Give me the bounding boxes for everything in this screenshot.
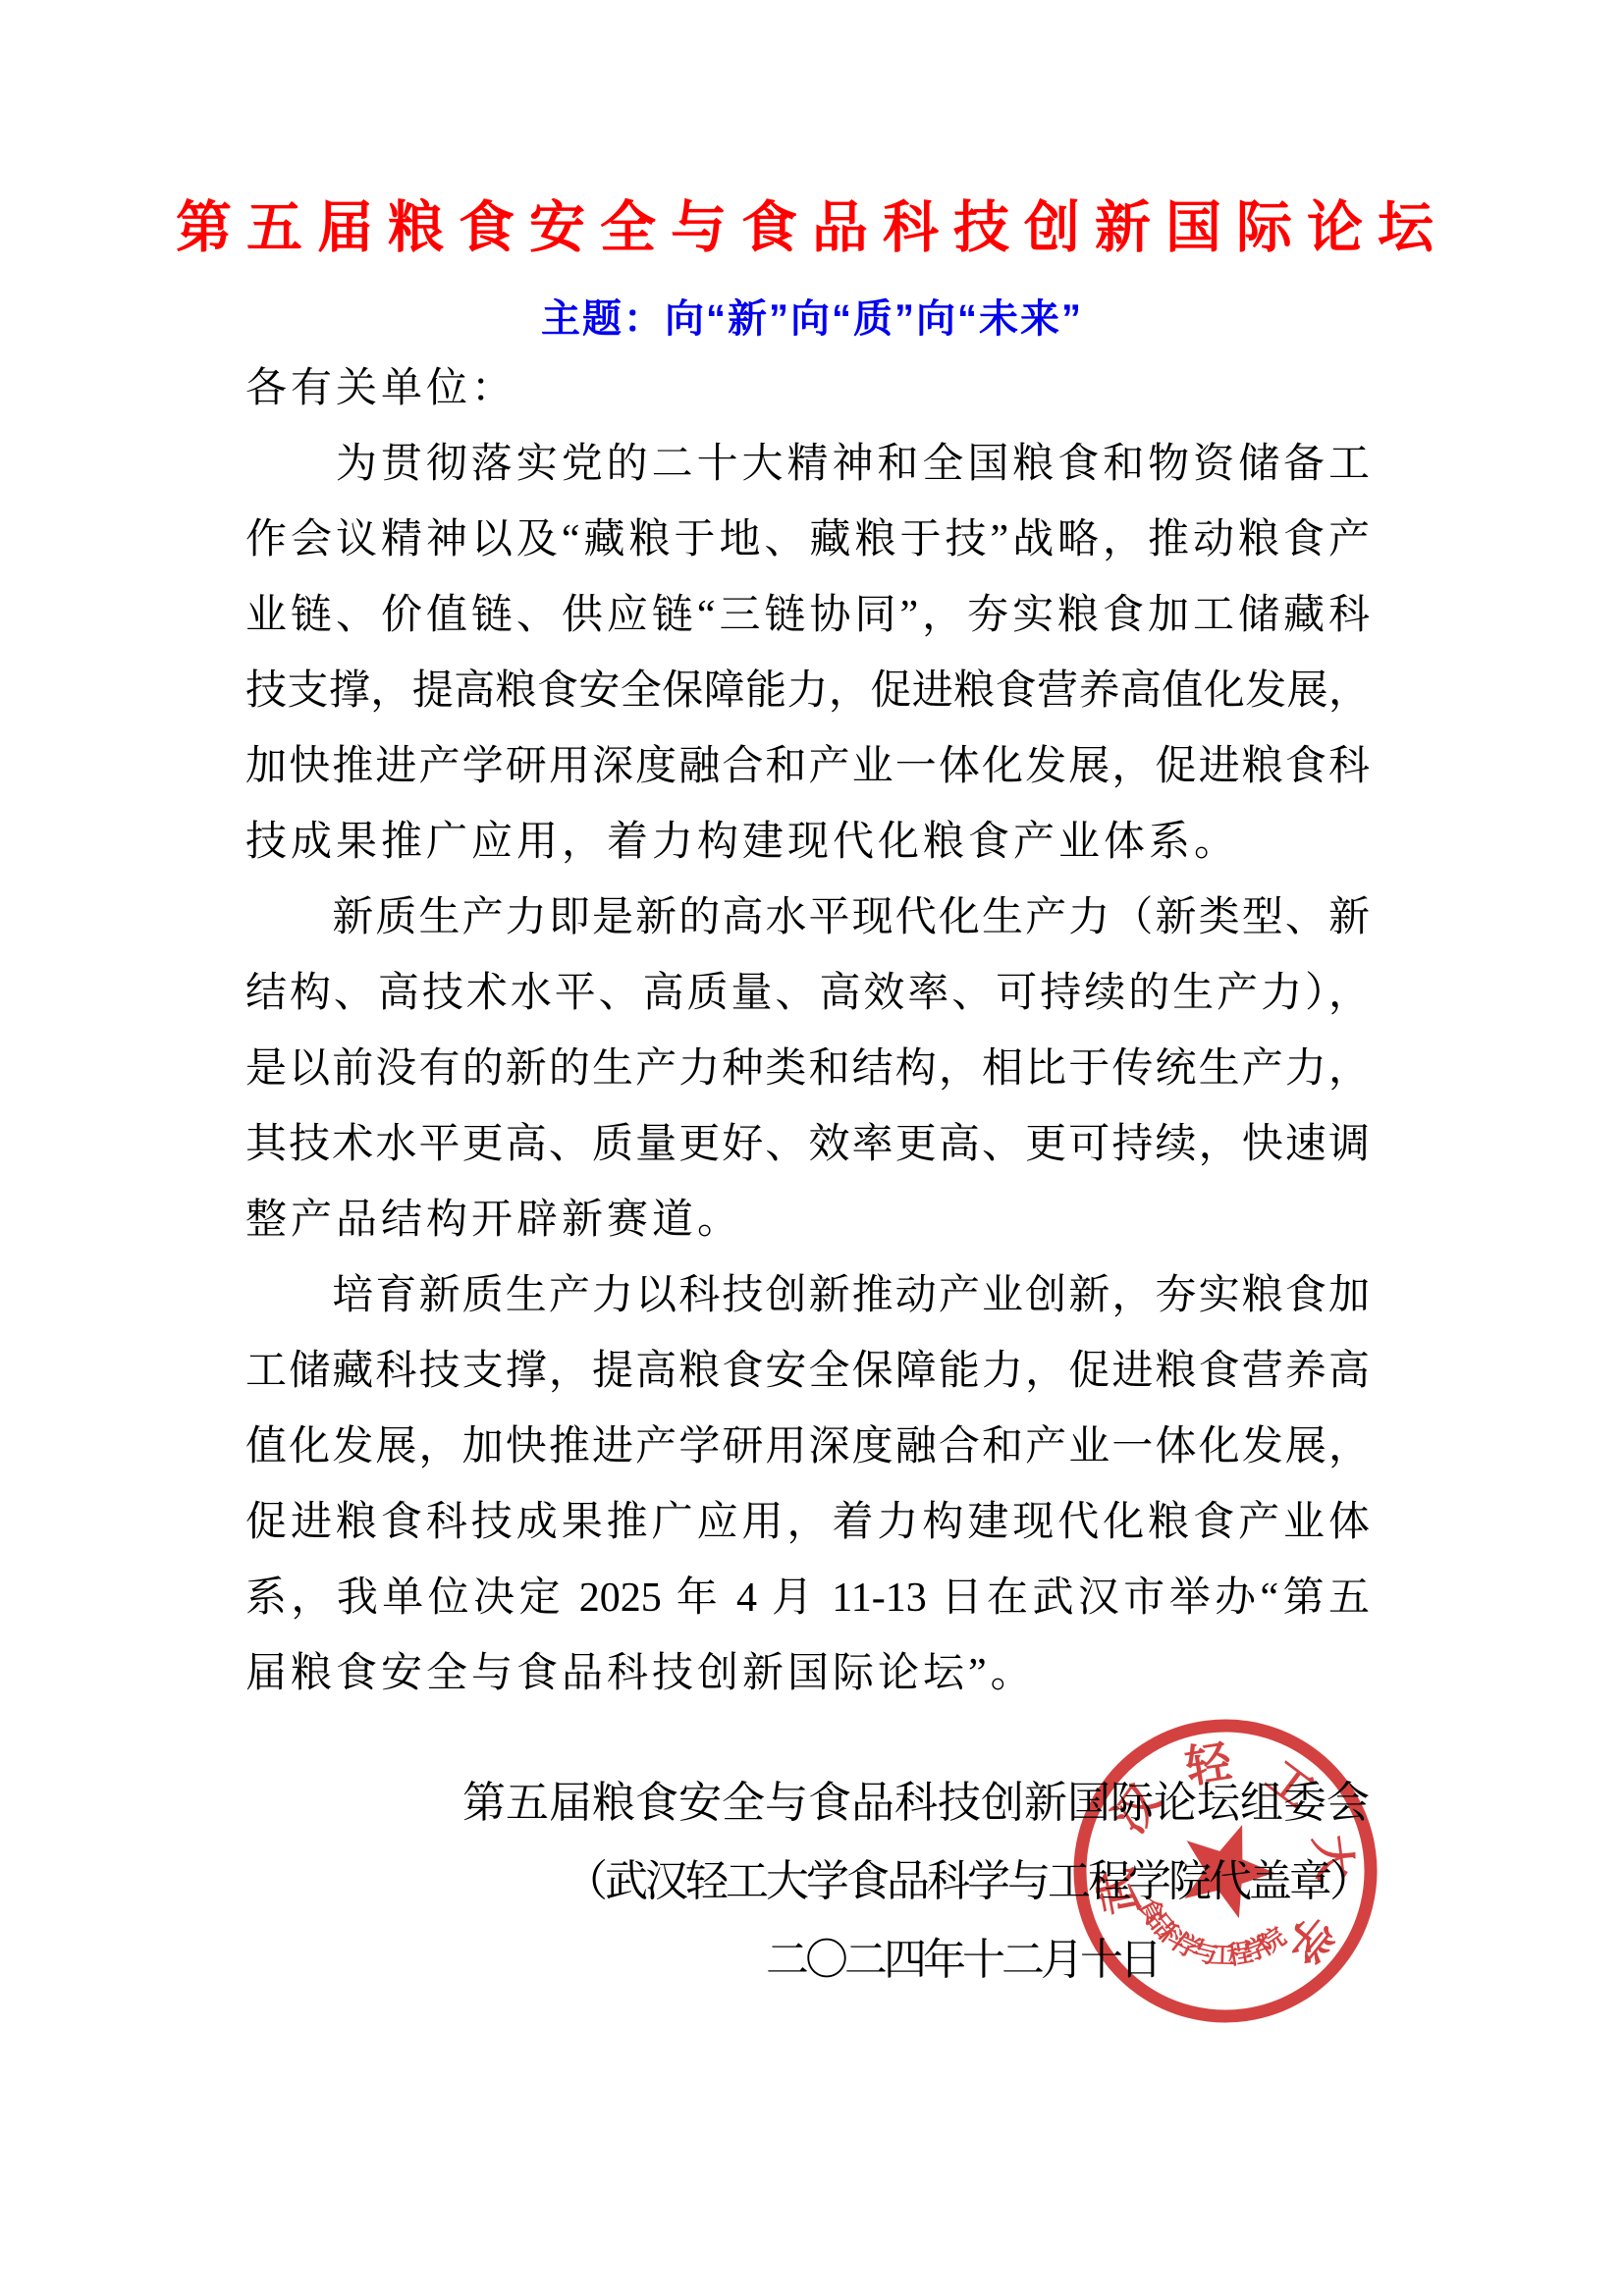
body-line: 业链、价值链、供应链“三链协同”，夯实粮食加工储藏科	[245, 578, 1370, 654]
body-line: 其技术水平更高、质量更好、效率更高、更可持续，快速调	[245, 1107, 1370, 1183]
signature-date: 二〇二四年十二月十日	[245, 1921, 1370, 2000]
body-line: 结构、高技术水平、高质量、高效率、可持续的生产力），	[245, 956, 1370, 1032]
body-line: 促进粮食科技成果推广应用，着力构建现代化粮食产业体	[245, 1485, 1370, 1561]
document-page: 第五届粮食安全与食品科技创新国际论坛 主题：向“新”向“质”向“未来” 各有关单…	[0, 0, 1624, 2296]
body-line: 届粮食安全与食品科技创新国际论坛”。	[245, 1636, 1370, 1712]
body-line: 培育新质生产力以科技创新推动产业创新，夯实粮食加	[245, 1258, 1370, 1334]
body-line: 技成果推广应用，着力构建现代化粮食产业体系。	[245, 805, 1370, 881]
body-line: 值化发展，加快推进产学研用深度融合和产业一体化发展，	[245, 1410, 1370, 1485]
body-line: 作会议精神以及“藏粮于地、藏粮于技”战略，推动粮食产	[245, 503, 1370, 578]
salutation: 各有关单位：	[245, 351, 1370, 427]
signature-organizer: 第五届粮食安全与食品科技创新国际论坛组委会	[245, 1764, 1370, 1842]
document-title: 第五届粮食安全与食品科技创新国际论坛	[0, 200, 1624, 256]
body-line: 系，我单位决定 2025 年 4 月 11-13 日在武汉市举办“第五	[245, 1561, 1370, 1636]
body-line: 加快推进产学研用深度融合和产业一体化发展，促进粮食科	[245, 729, 1370, 805]
document-body: 各有关单位： 为贯彻落实党的二十大精神和全国粮食和物资储备工 作会议精神以及“藏…	[245, 351, 1370, 1712]
body-line: 整产品结构开辟新赛道。	[245, 1183, 1370, 1258]
signature-seal-note: （武汉轻工大学食品科学与工程学院代盖章）	[245, 1842, 1370, 1921]
body-line: 工储藏科技支撑，提高粮食安全保障能力，促进粮食营养高	[245, 1334, 1370, 1410]
body-line: 为贯彻落实党的二十大精神和全国粮食和物资储备工	[245, 427, 1370, 503]
signature-block: 第五届粮食安全与食品科技创新国际论坛组委会 （武汉轻工大学食品科学与工程学院代盖…	[245, 1764, 1370, 2000]
document-subtitle: 主题：向“新”向“质”向“未来”	[0, 299, 1624, 339]
body-line: 新质生产力即是新的高水平现代化生产力（新类型、新	[245, 881, 1370, 956]
body-line: 技支撑，提高粮食安全保障能力，促进粮食营养高值化发展，	[245, 654, 1370, 729]
body-line: 是以前没有的新的生产力种类和结构，相比于传统生产力，	[245, 1032, 1370, 1107]
